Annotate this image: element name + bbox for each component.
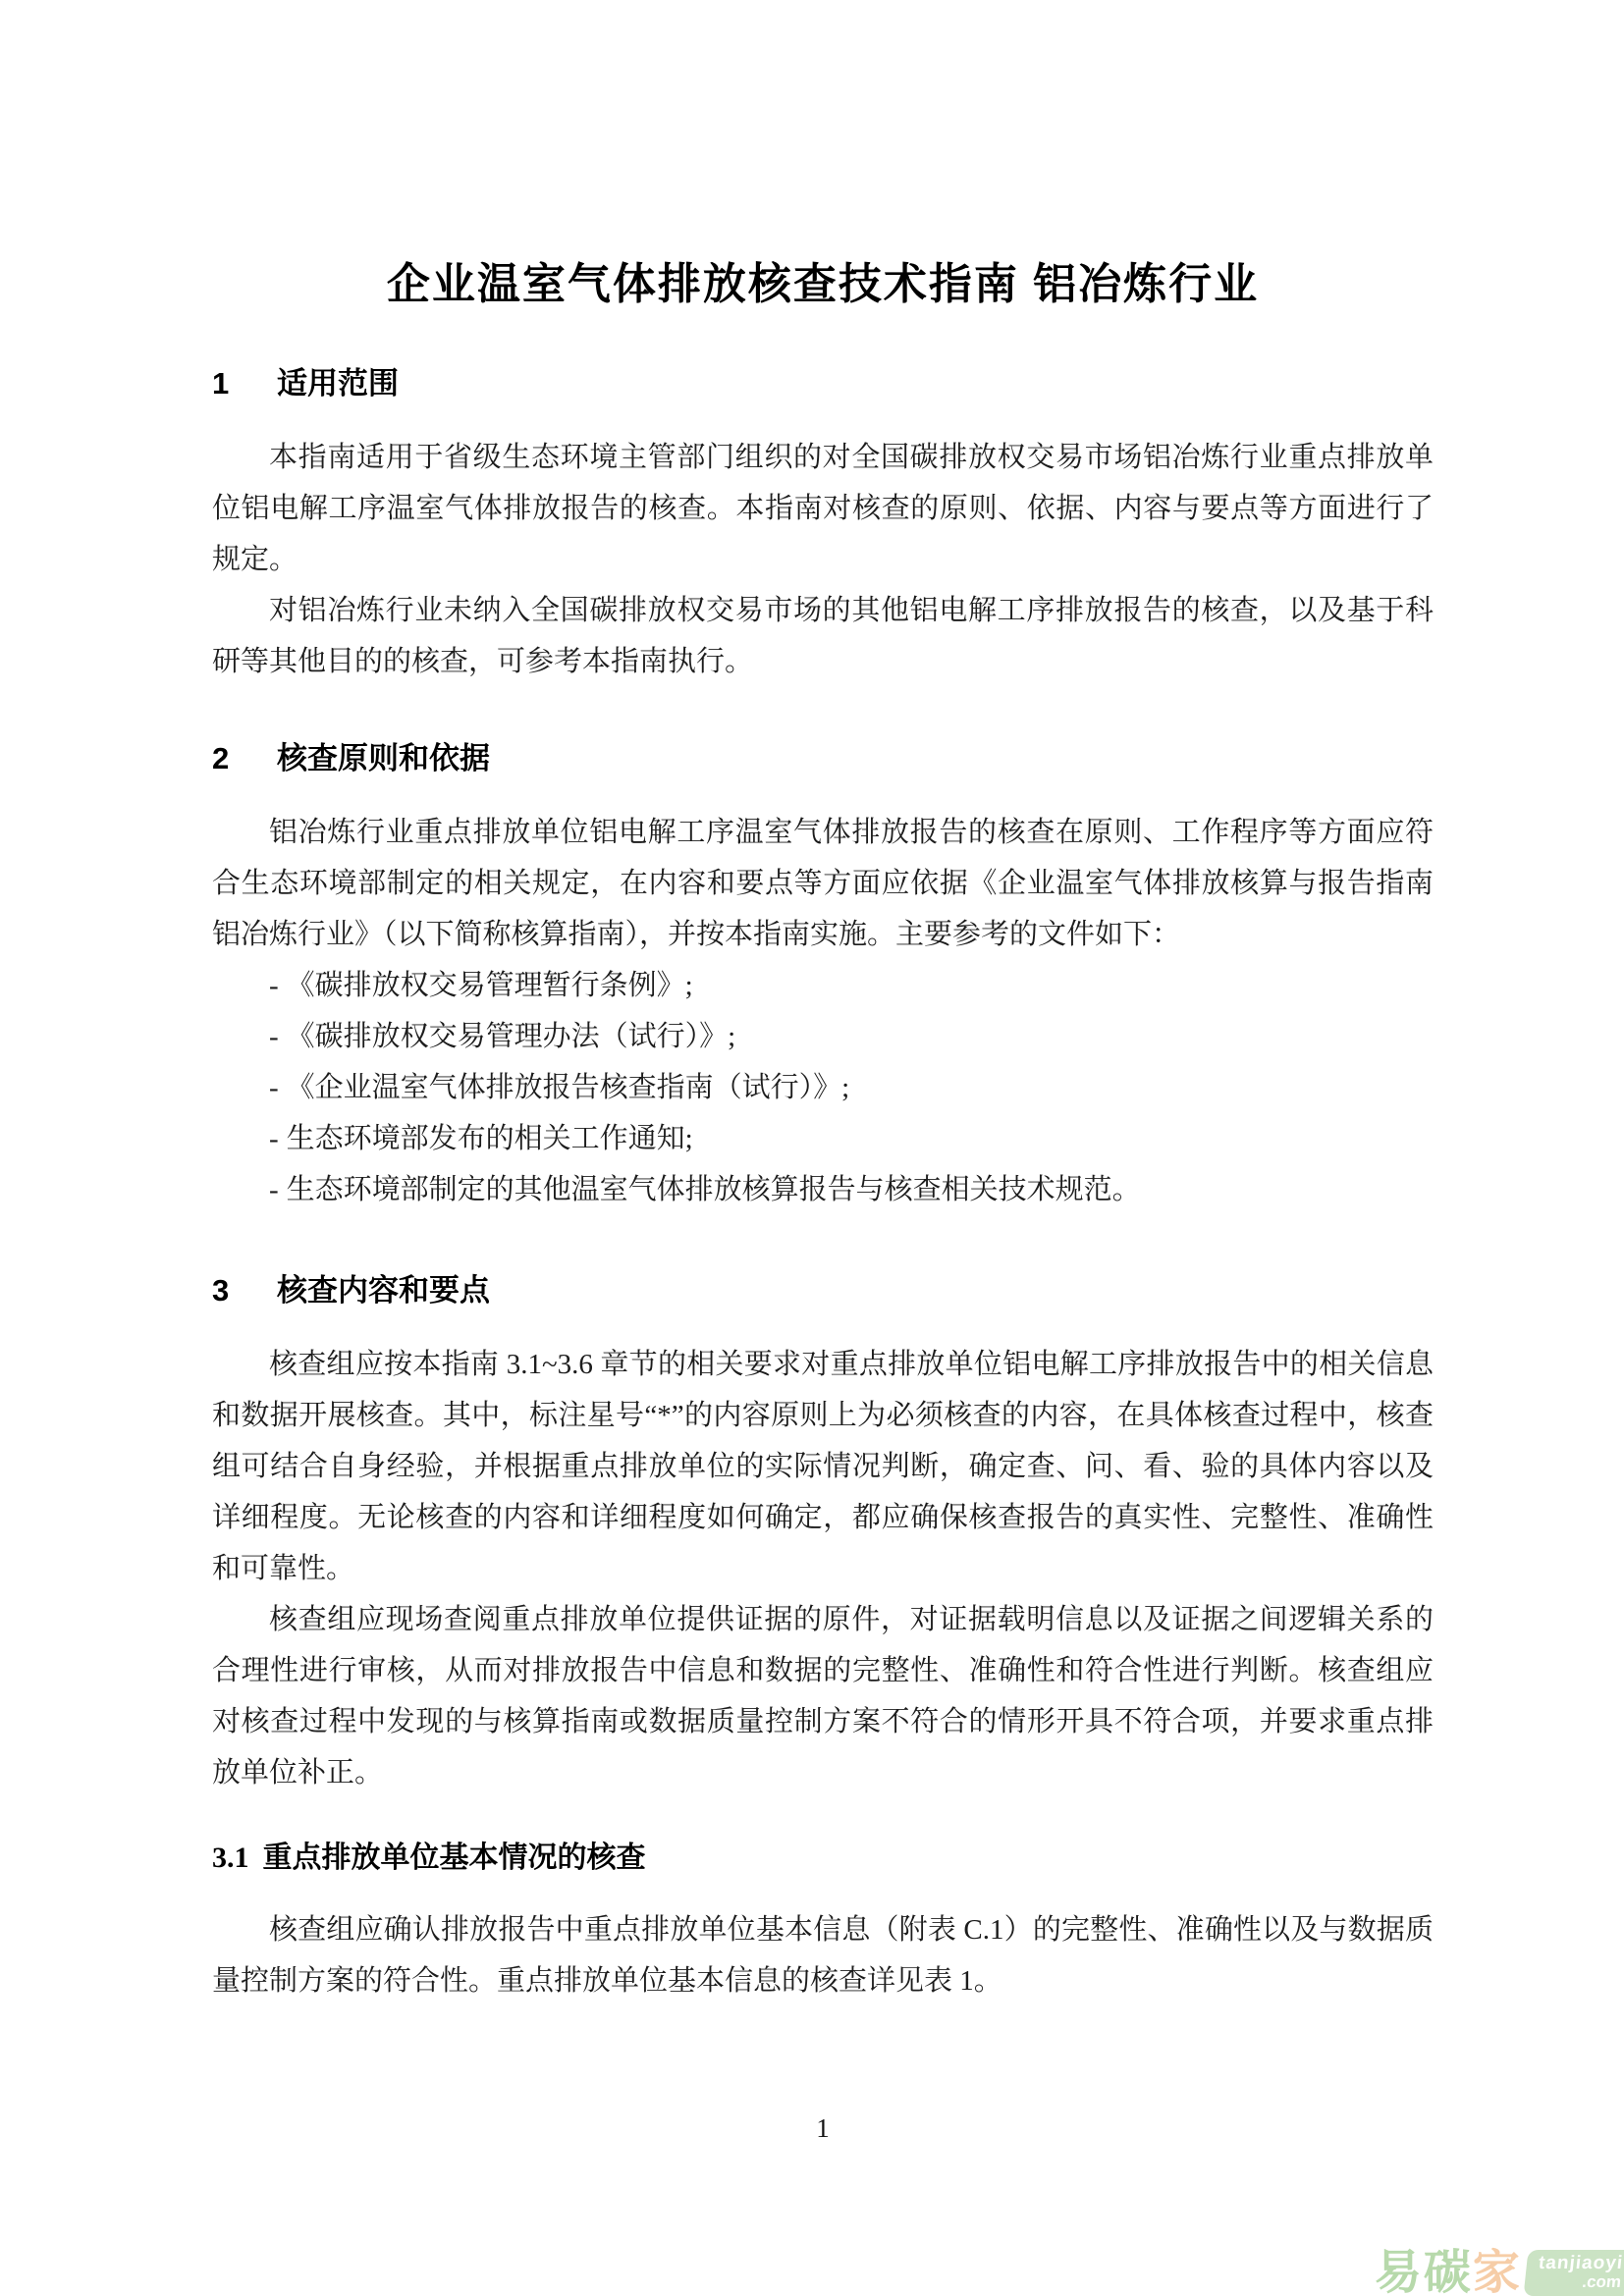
list-item-text: 《碳排放权交易管理暂行条例》; bbox=[287, 970, 693, 1001]
watermark-domain-tld: .com bbox=[1536, 2273, 1622, 2290]
paragraph-basic-info: 核查组应确认排放报告中重点排放单位基本信息（附表 C.1）的完整性、准确性以及与… bbox=[212, 1904, 1434, 2006]
section-number: 2 bbox=[212, 738, 277, 779]
section-heading-1: 1适用范围 bbox=[212, 363, 1434, 404]
watermark-logo: 易碳家 tanjiaoyi .com bbox=[1375, 2245, 1624, 2296]
section-number: 3 bbox=[212, 1270, 277, 1311]
list-item: -生态环境部发布的相关工作通知; bbox=[212, 1113, 1434, 1164]
subsection-number: 3.1 bbox=[212, 1838, 249, 1879]
paragraph-scope-2: 对铝冶炼行业未纳入全国碳排放权交易市场的其他铝电解工序排放报告的核查，以及基于科… bbox=[212, 585, 1434, 687]
watermark-brand-text: 易碳家 bbox=[1375, 2245, 1522, 2296]
watermark-domain-badge: tanjiaoyi .com bbox=[1523, 2250, 1624, 2296]
section-heading-3: 3核查内容和要点 bbox=[212, 1270, 1434, 1311]
list-dash: - bbox=[269, 1011, 279, 1062]
subsection-heading-3-1: 3.1重点排放单位基本情况的核查 bbox=[212, 1838, 1434, 1879]
document-page: 企业温室气体排放核查技术指南 铝冶炼行业 1适用范围 本指南适用于省级生态环境主… bbox=[0, 0, 1624, 2296]
list-item-text: 生态环境部发布的相关工作通知; bbox=[287, 1123, 693, 1154]
list-dash: - bbox=[269, 1164, 279, 1215]
section-label: 核查原则和依据 bbox=[277, 741, 490, 775]
section-number: 1 bbox=[212, 363, 277, 404]
list-dash: - bbox=[269, 1062, 279, 1113]
watermark-domain-name: tanjiaoyi bbox=[1538, 2254, 1624, 2273]
list-item-text: 《企业温室气体排放报告核查指南（试行）》; bbox=[287, 1072, 850, 1103]
list-item: -《企业温室气体排放报告核查指南（试行）》; bbox=[212, 1062, 1434, 1113]
list-item-text: 生态环境部制定的其他温室气体排放核算报告与核查相关技术规范。 bbox=[287, 1174, 1141, 1205]
document-content: 企业温室气体排放核查技术指南 铝冶炼行业 1适用范围 本指南适用于省级生态环境主… bbox=[0, 0, 1624, 2006]
list-item: -生态环境部制定的其他温室气体排放核算报告与核查相关技术规范。 bbox=[212, 1164, 1434, 1215]
paragraph-scope-1: 本指南适用于省级生态环境主管部门组织的对全国碳排放权交易市场铝冶炼行业重点排放单… bbox=[212, 432, 1434, 585]
section-label: 适用范围 bbox=[277, 366, 399, 400]
list-item: -《碳排放权交易管理办法（试行）》; bbox=[212, 1011, 1434, 1062]
watermark-text-orange: 家 bbox=[1473, 2245, 1522, 2296]
section-label: 核查内容和要点 bbox=[277, 1273, 490, 1308]
subsection-label: 重点排放单位基本情况的核查 bbox=[263, 1842, 646, 1874]
list-item: -《碳排放权交易管理暂行条例》; bbox=[212, 960, 1434, 1011]
list-dash: - bbox=[269, 960, 279, 1011]
document-title: 企业温室气体排放核查技术指南 铝冶炼行业 bbox=[212, 257, 1434, 312]
paragraph-principles: 铝冶炼行业重点排放单位铝电解工序温室气体排放报告的核查在原则、工作程序等方面应符… bbox=[212, 807, 1434, 960]
reference-list: -《碳排放权交易管理暂行条例》; -《碳排放权交易管理办法（试行）》; -《企业… bbox=[212, 960, 1434, 1215]
section-heading-2: 2核查原则和依据 bbox=[212, 738, 1434, 779]
page-number: 1 bbox=[212, 2109, 1434, 2148]
paragraph-content-1: 核查组应按本指南 3.1~3.6 章节的相关要求对重点排放单位铝电解工序排放报告… bbox=[212, 1339, 1434, 1594]
list-dash: - bbox=[269, 1113, 279, 1164]
watermark-text-green: 易碳 bbox=[1375, 2245, 1473, 2296]
paragraph-content-2: 核查组应现场查阅重点排放单位提供证据的原件，对证据载明信息以及证据之间逻辑关系的… bbox=[212, 1594, 1434, 1798]
list-item-text: 《碳排放权交易管理办法（试行）》; bbox=[287, 1021, 736, 1052]
